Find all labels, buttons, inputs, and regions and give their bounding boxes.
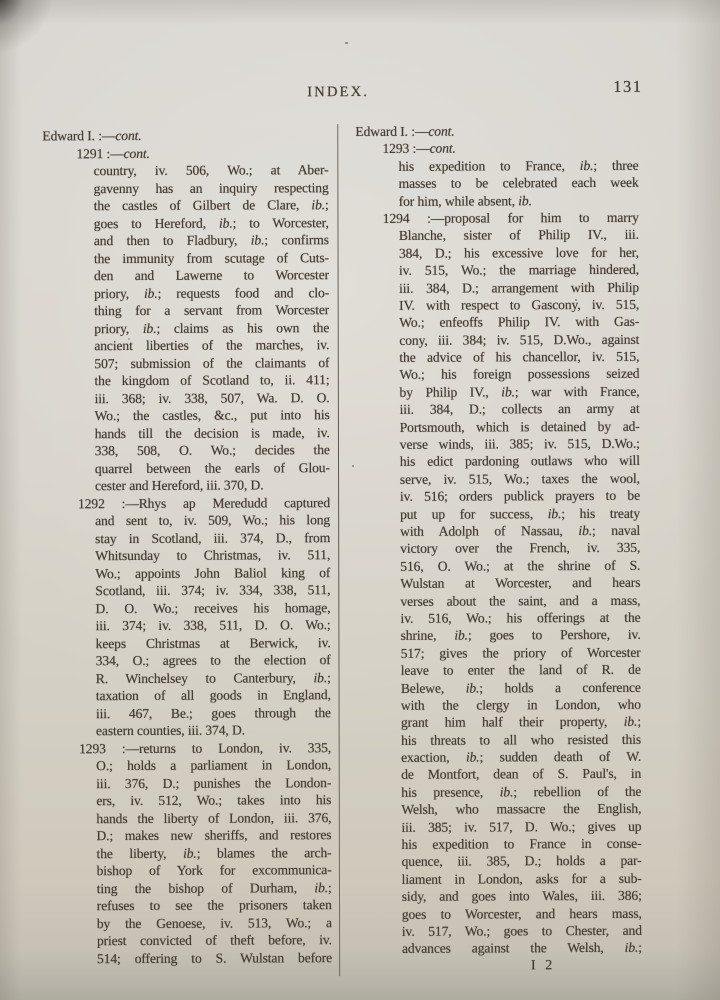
paper-speck [345,42,348,44]
index-line: the advice of his chancellor, iv. 515, [356,348,639,367]
book-page-photo: INDEX. 131 Edward I. :—cont.1291 :—cont.… [0,0,720,1000]
index-line: the immunity from scutage of Cuts- [43,249,329,268]
index-line: and then to Fladbury, ib.; confirms [43,231,329,250]
index-line: 1294 :—proposal for him to marry [356,209,639,228]
index-line: ting the bishop of Durham, ib.; [46,879,332,898]
index-line: 1293 :—returns to London, iv. 335, [45,739,331,758]
index-line: priory, ib.; claims as his own the [43,319,329,338]
left-index-column: Edward I. :—cont.1291 :—cont.country, iv… [42,126,332,967]
index-line: iv. 516, Wo.; his offerings at the [357,609,640,628]
index-line: by the Genoese, iv. 513, Wo.; a [46,914,332,933]
index-line: taxation of all goods in England, [45,686,331,705]
index-line: his expedition to France, ib.; three [356,157,639,176]
index-line: leave to enter the land of R. de [358,661,641,680]
index-line: 1293 :—cont. [355,139,638,158]
index-line: priory, ib.; requests food and clo- [43,284,329,303]
index-line: the castles of Gilbert de Clare, ib.; [43,196,329,215]
index-line: iii. 374; iv. 338, 511, D. O. Wo.; [45,616,331,635]
page-title: INDEX. [307,84,369,101]
paper-speck [575,299,577,301]
index-line: with Adolph of Nassau, ib.; naval [357,522,640,541]
index-line: Wo.; the castles, &c., put into his [44,406,330,425]
index-line: 1291 :—cont. [42,144,328,163]
index-line: liament in London, asks for a sub- [359,870,642,889]
index-line: 384, D.; his excessive love for her, [356,244,639,263]
index-line: exaction, ib.; sudden death of W. [358,748,641,767]
page-number: 131 [613,77,653,97]
index-line: masses to be celebrated each week [356,174,639,193]
index-line: shrine, ib.; goes to Pershore, iv. [358,626,641,645]
index-line: I 2 [359,957,642,976]
index-line: iii. 467, Be.; goes through the [45,704,331,723]
index-line: iii. 368; iv. 338, 507, Wa. D. O. [44,389,330,408]
index-line: R. Winchelsey to Canterbury, ib.; [45,669,331,688]
index-line: his presence, ib.; rebellion of the [358,783,641,802]
index-line: D.; makes new sheriffs, and restores [45,826,331,845]
index-line: his edict pardoning outlaws who will [357,452,640,471]
index-line: 514; offering to S. Wulstan before [46,949,332,968]
index-line: stay in Scotland, iii. 374, D., from [44,529,330,548]
index-line: sidy, and goes into Wales, iii. 386; [359,887,642,906]
index-line: his threats to all who resisted this [358,730,641,749]
index-line: Portsmouth, which is detained by ad- [357,417,640,436]
index-line: D. O. Wo.; receives his homage, [44,599,330,618]
index-line: put up for success, ib.; his treaty [357,504,640,523]
index-line: grant him half their property, ib.; [358,713,641,732]
index-line: hands the liberty of London, iii. 376, [45,809,331,828]
index-line: Wo.; enfeoffs Philip IV. with Gas- [356,313,639,332]
index-line: iv. 517, Wo.; goes to Chester, and [359,922,642,941]
index-line: Belewe, ib.; holds a conference [358,678,641,697]
index-line: O.; holds a parliament in London, [45,756,331,775]
index-line: country, iv. 506, Wo.; at Aber- [43,161,329,180]
index-line: quarrel between the earls of Glou- [44,459,330,478]
index-line: Welsh, who massacre the English, [358,800,641,819]
index-line: Edward I. :—cont. [42,126,328,145]
paper-speck [128,338,130,340]
paper-speck [352,465,354,467]
index-line: by Philip IV., ib.; war with France, [356,383,639,402]
index-line: ancient liberties of the marches, iv. [43,336,329,355]
index-line: 516, O. Wo.; at the shrine of S. [357,557,640,576]
index-line: ers, iv. 512, Wo.; takes into his [45,791,331,810]
index-line: eastern counties, iii. 374, D. [45,721,331,740]
index-line: 507; submission of the claimants of [43,354,329,373]
index-line: for him, while absent, ib. [356,191,639,210]
index-line: Wo.; his foreign possessions seized [356,365,639,384]
index-line: Whitsunday to Christmas, iv. 511, [44,546,330,565]
index-line: and sent to, iv. 509, Wo.; his long [44,511,330,530]
index-line: 334, O.; agrees to the election of [45,651,331,670]
right-index-column: Edward I. :—cont.1293 :—cont.his expedit… [355,122,642,975]
index-line: keeps Christmas at Berwick, iv. [45,634,331,653]
index-line: iii. 384, D.; arrangement with Philip [356,278,639,297]
index-line: hands till the decision is made, iv. [44,424,330,443]
index-line: bishop of York for excommunica- [46,861,332,880]
index-line: refuses to see the prisoners taken [46,896,332,915]
index-line: Edward I. :—cont. [355,122,638,141]
index-line: verse winds, iii. 385; iv. 515, D.Wo.; [357,435,640,454]
index-line: the liberty, ib.; blames the arch- [46,844,332,863]
index-line: goes to Worcester, and hears mass, [359,904,642,923]
index-line: the kingdom of Scotland to, ii. 411; [43,371,329,390]
index-line: advances against the Welsh, ib.; [359,939,642,958]
index-line: victory over the French, iv. 335, [357,539,640,558]
index-line: iv. 516; orders publick prayers to be [357,487,640,506]
index-line: Blanche, sister of Philip IV., iii. [356,226,639,245]
index-line: thing for a servant from Worcester [43,301,329,320]
index-line: priest convicted of theft before, iv. [46,931,332,950]
index-line: Wo.; appoints John Baliol king of [44,564,330,583]
index-line: iv. 515, Wo.; the marriage hindered, [356,261,639,280]
index-line: 338, 508, O. Wo.; decides the [44,441,330,460]
index-line: cony, iii. 384; iv. 515, D.Wo., against [356,330,639,349]
index-line: 1292 :—Rhys ap Meredudd captured [44,494,330,513]
index-line: iii. 385; iv. 517, D. Wo.; gives up [358,817,641,836]
column-divider-rule [337,124,340,976]
index-line: gavenny has an inquiry respecting [43,179,329,198]
index-line: iii. 376, D.; punishes the London- [45,774,331,793]
index-line: with the clergy in London, who [358,696,641,715]
index-line: cester and Hereford, iii. 370, D. [44,476,330,495]
index-line: Wulstan at Worcester, and hears [357,574,640,593]
index-line: de Montfort, dean of S. Paul's, in [358,765,641,784]
index-line: IV. with respect to Gascony, iv. 515, [356,296,639,315]
index-line: verses about the saint, and a mass, [357,591,640,610]
index-line: quence, iii. 385, D.; holds a par- [359,852,642,871]
index-line: his expedition to France in conse- [358,835,641,854]
index-line: iii. 384, D.; collects an army at [357,400,640,419]
index-line: goes to Hereford, ib.; to Worcester, [43,214,329,233]
index-line: serve, iv. 515, Wo.; taxes the wool, [357,470,640,489]
index-line: Scotland, iii. 374; iv. 334, 338, 511, [44,581,330,600]
page-content: INDEX. 131 Edward I. :—cont.1291 :—cont.… [0,0,720,1000]
index-line: den and Lawerne to Worcester [43,266,329,285]
index-line: 517; gives the priory of Worcester [358,643,641,662]
